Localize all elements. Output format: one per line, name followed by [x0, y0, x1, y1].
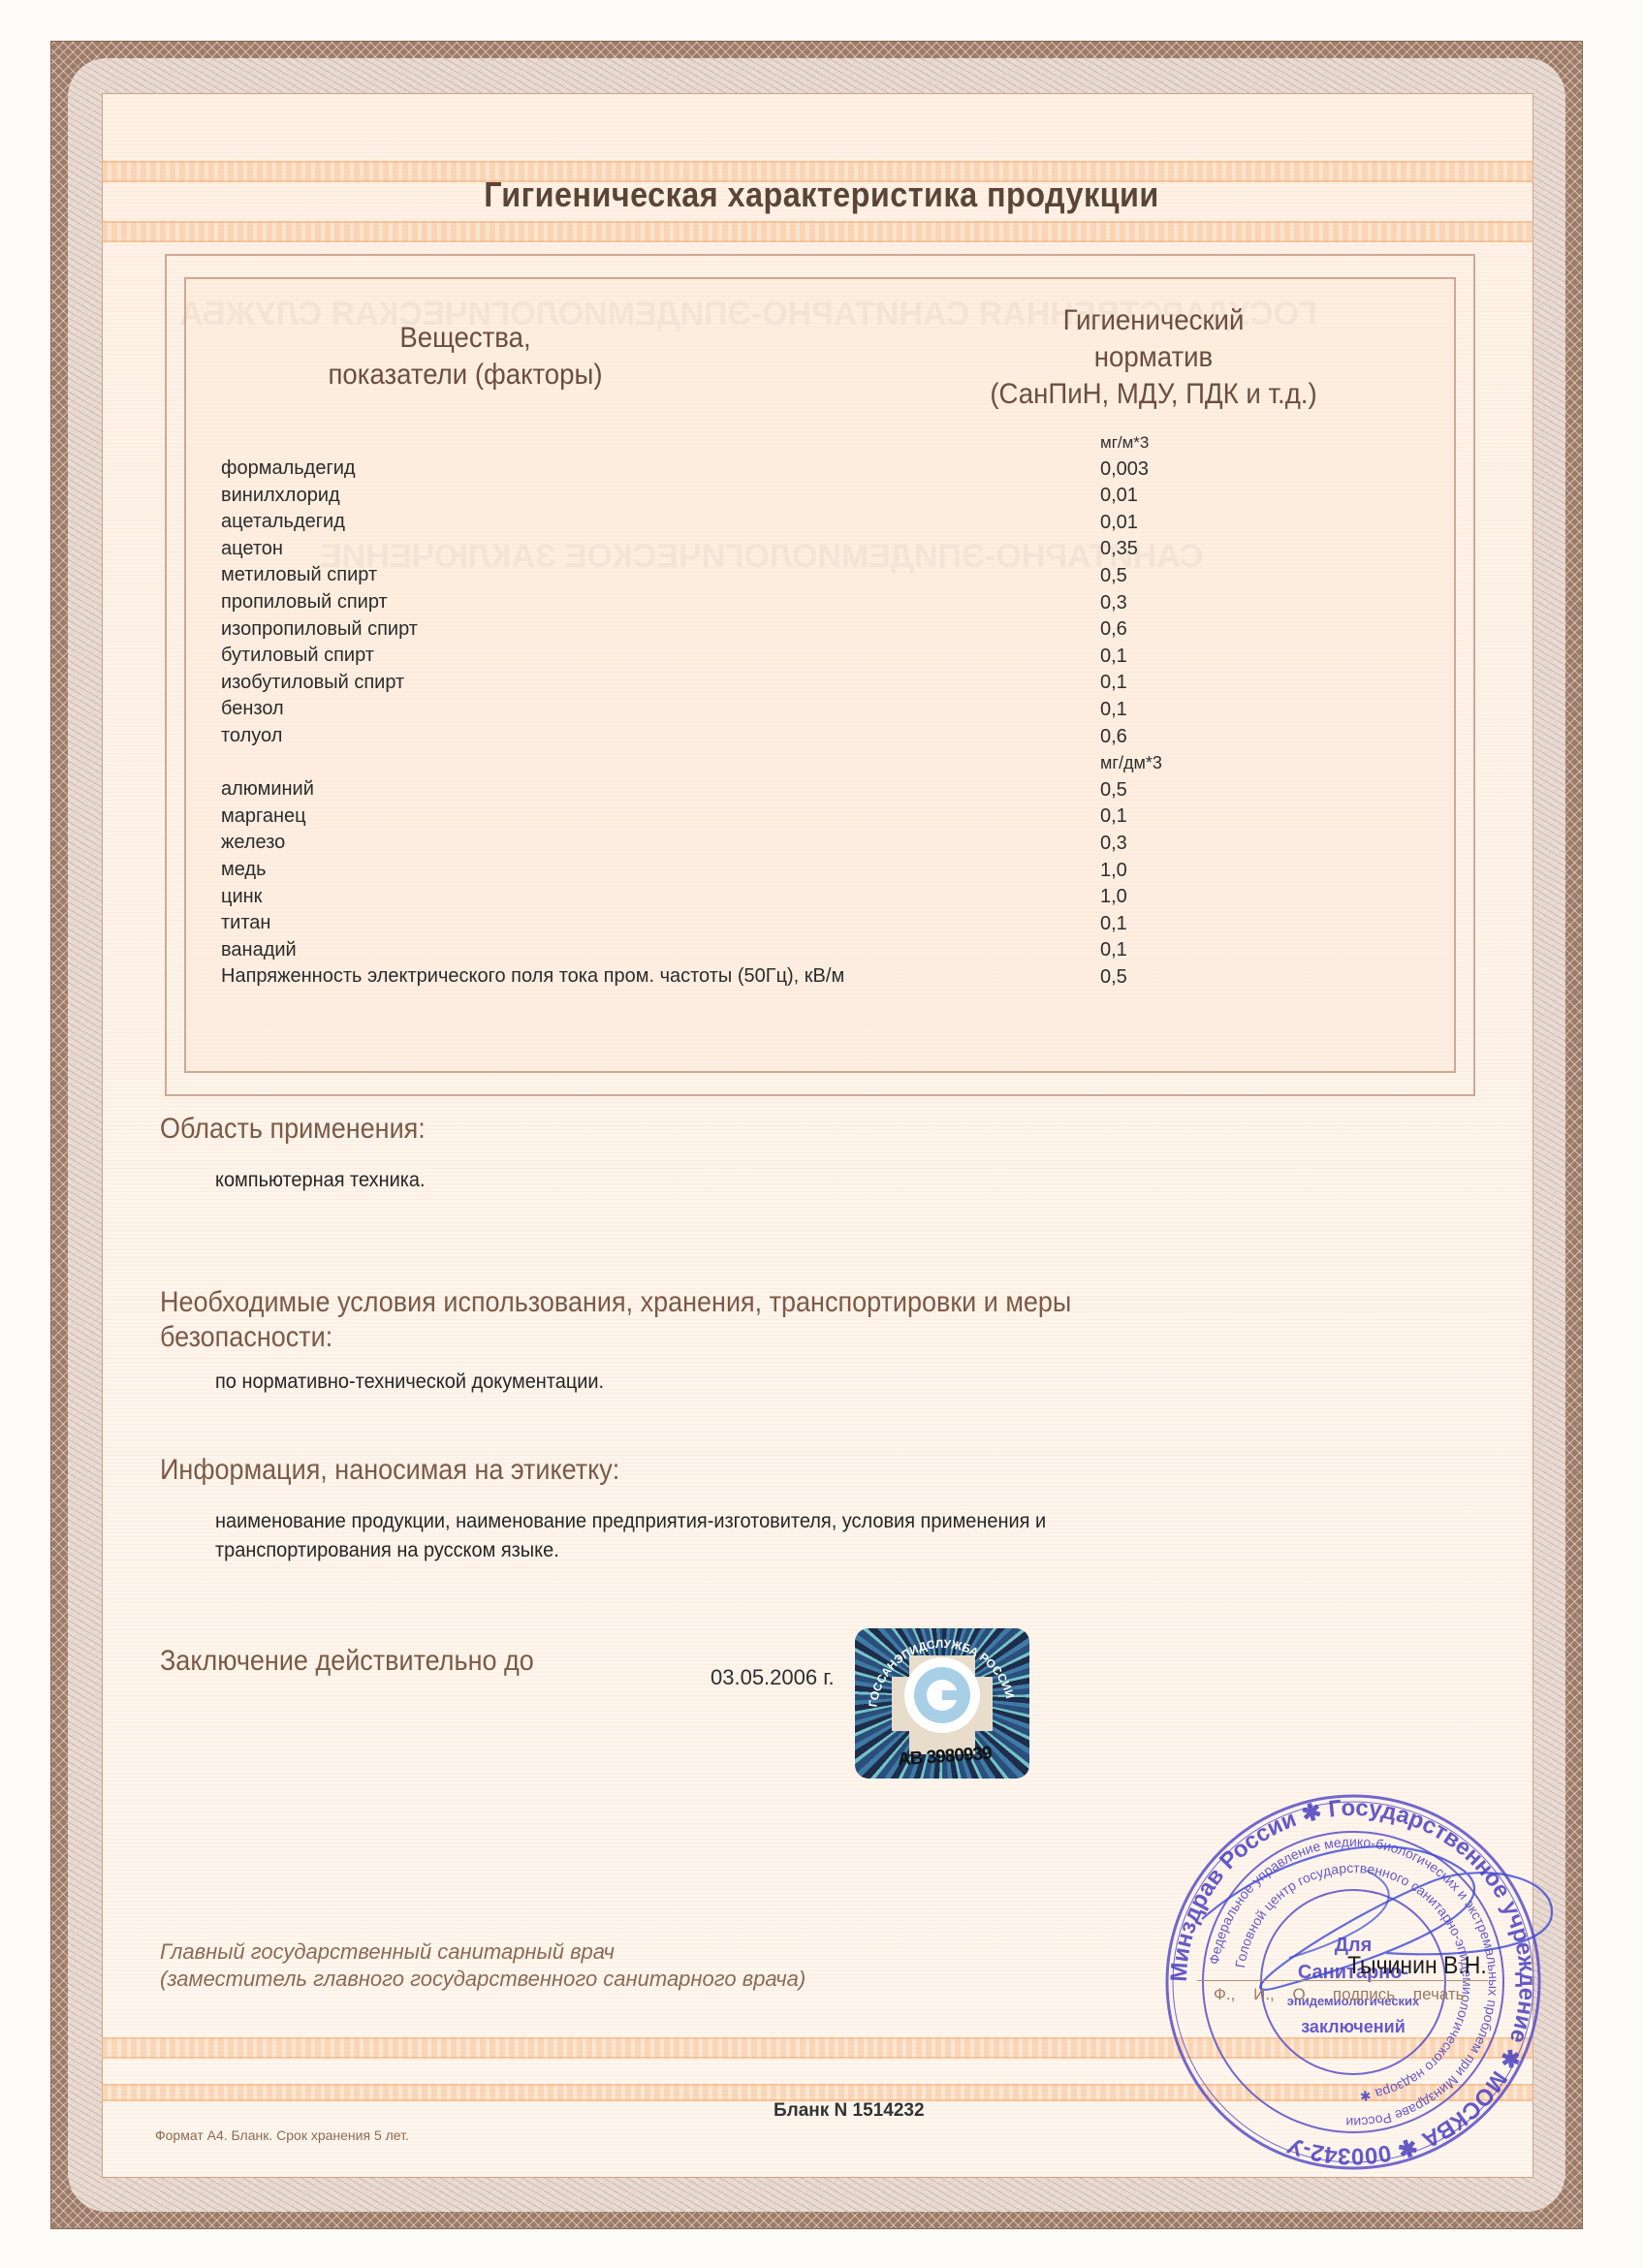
- valid-until-heading: Заключение действительно до: [160, 1645, 534, 1678]
- unit-label: мг/дм*3: [1100, 750, 1162, 777]
- table-row-value: 0,5: [1100, 964, 1162, 992]
- label-info-heading: Информация, наносимая на этикетку:: [160, 1454, 619, 1487]
- signature-line: [1197, 1980, 1488, 1981]
- table-row-value: 0,1: [1100, 670, 1162, 697]
- table-row-value: 0,5: [1100, 563, 1162, 590]
- table-row-value: 0,1: [1100, 803, 1162, 831]
- signature-caption: Ф., И., О., подпись печать: [1214, 1985, 1465, 2004]
- hologram-sticker: ГОССАНЭПИДСЛУЖБА РОССИИ АВ 3980939: [855, 1628, 1029, 1779]
- table-row-value: 0,6: [1100, 724, 1162, 751]
- column-header-norm: Гигиенический норматив (СанПиН, МДУ, ПДК…: [913, 302, 1395, 413]
- table-row-value: 0,6: [1100, 616, 1162, 644]
- table-row-name: медь: [221, 857, 844, 884]
- table-row-name: ванадий: [221, 937, 844, 964]
- norm-values: мг/м*3 0,003 0,01 0,01 0,35 0,5 0,3 0,6 …: [1100, 429, 1162, 991]
- label-info-text: наименование продукции, наименование пре…: [215, 1507, 1046, 1536]
- table-row-name: пропиловый спирт: [221, 589, 844, 616]
- table-row-name: ацетальдегид: [221, 509, 844, 536]
- conditions-heading-cont: безопасности:: [160, 1321, 332, 1354]
- table-row-name: Напряженность электрического поля тока п…: [221, 963, 844, 991]
- table-row-value: 0,1: [1100, 911, 1162, 938]
- table-row-name: метиловый спирт: [221, 562, 844, 589]
- table-row-name: алюминий: [221, 776, 844, 803]
- table-row-name: железо: [221, 830, 844, 857]
- table-row-name: изобутиловый спирт: [221, 670, 844, 697]
- table-row-value: 0,1: [1100, 937, 1162, 964]
- table-row-name: изопропиловый спирт: [221, 616, 844, 644]
- table-row-name: марганец: [221, 803, 844, 831]
- page-title: Гигиеническая характеристика продукции: [82, 174, 1562, 215]
- table-row-value: 0,003: [1100, 457, 1162, 484]
- table-row-value: 0,35: [1100, 536, 1162, 563]
- column-header-substances: Вещества, показатели (факторы): [296, 320, 635, 394]
- unit-label: мг/м*3: [1100, 429, 1162, 457]
- signatory-name: Тычинин В.Н.: [1347, 1952, 1487, 1980]
- format-note: Формат А4. Бланк. Срок хранения 5 лет.: [155, 2127, 409, 2143]
- decorative-band-top-2: [102, 221, 1533, 242]
- table-row-name: цинк: [221, 884, 844, 911]
- table-row-name: формальдегид: [221, 456, 844, 483]
- table-row-name: бензол: [221, 696, 844, 723]
- table-row-value: 0,01: [1100, 483, 1162, 510]
- signature-scribble: [1144, 1764, 1570, 2132]
- label-info-text-cont: транспортирования на русском языке.: [215, 1536, 559, 1565]
- blank-number: Бланк N 1514232: [774, 2100, 925, 2122]
- signatory-role: Главный государственный санитарный врач …: [160, 1938, 806, 1993]
- conditions-heading: Необходимые условия использования, хране…: [160, 1286, 1071, 1319]
- table-row-value: 1,0: [1100, 858, 1162, 885]
- table-row-name: бутиловый спирт: [221, 643, 844, 670]
- table-row-value: 0,3: [1100, 831, 1162, 858]
- table-row-value: 0,1: [1100, 697, 1162, 724]
- scope-text: компьютерная техника.: [215, 1166, 426, 1195]
- table-row-value: 0,5: [1100, 777, 1162, 804]
- table-row-name: винилхлорид: [221, 483, 844, 510]
- scope-heading: Область применения:: [160, 1113, 426, 1146]
- svg-text:ГОССАНЭПИДСЛУЖБА РОССИИ: ГОССАНЭПИДСЛУЖБА РОССИИ: [866, 1637, 1017, 1708]
- valid-until-date: 03.05.2006 г.: [711, 1665, 835, 1690]
- table-row-value: 0,3: [1100, 590, 1162, 617]
- substance-list: формальдегид винилхлорид ацетальдегид ац…: [221, 456, 844, 991]
- table-row-name: ацетон: [221, 536, 844, 563]
- table-row-value: 0,01: [1100, 510, 1162, 537]
- conditions-text: по нормативно-технической документации.: [215, 1368, 604, 1397]
- table-row-value: 0,1: [1100, 644, 1162, 671]
- table-row-name: титан: [221, 910, 844, 937]
- table-row-name: толуол: [221, 723, 844, 750]
- table-row-value: 1,0: [1100, 884, 1162, 911]
